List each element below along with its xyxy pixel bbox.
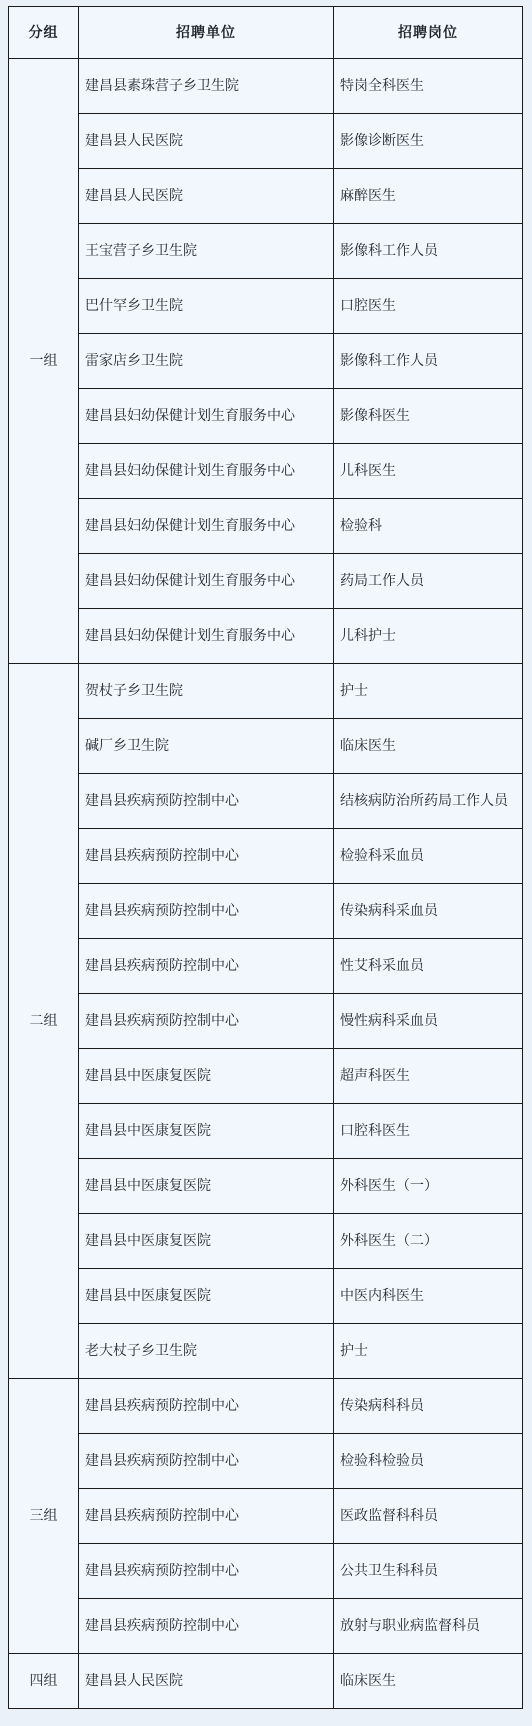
unit-cell: 贺杖子乡卫生院: [79, 664, 334, 719]
table-row: 建昌县妇幼保健计划生育服务中心影像科医生: [9, 389, 523, 444]
unit-cell: 建昌县中医康复医院: [79, 1159, 334, 1214]
position-cell: 药局工作人员: [334, 554, 523, 609]
position-cell: 性艾科采血员: [334, 939, 523, 994]
unit-cell: 建昌县疾病预防控制中心: [79, 994, 334, 1049]
position-cell: 结核病防治所药局工作人员: [334, 774, 523, 829]
table-row: 建昌县疾病预防控制中心放射与职业病监督科员: [9, 1599, 523, 1654]
unit-cell: 建昌县人民医院: [79, 114, 334, 169]
table-row: 巴什罕乡卫生院口腔医生: [9, 279, 523, 334]
table-row: 建昌县疾病预防控制中心医政监督科科员: [9, 1489, 523, 1544]
unit-cell: 巴什罕乡卫生院: [79, 279, 334, 334]
position-cell: 外科医生（二）: [334, 1214, 523, 1269]
position-cell: 传染病科科员: [334, 1379, 523, 1434]
position-cell: 临床医生: [334, 719, 523, 774]
table-row: 老大杖子乡卫生院护士: [9, 1324, 523, 1379]
unit-cell: 建昌县妇幼保健计划生育服务中心: [79, 609, 334, 664]
unit-cell: 建昌县中医康复医院: [79, 1269, 334, 1324]
table-row: 建昌县妇幼保健计划生育服务中心药局工作人员: [9, 554, 523, 609]
unit-cell: 建昌县中医康复医院: [79, 1214, 334, 1269]
unit-cell: 建昌县疾病预防控制中心: [79, 829, 334, 884]
unit-cell: 王宝营子乡卫生院: [79, 224, 334, 279]
position-cell: 超声科医生: [334, 1049, 523, 1104]
header-group: 分组: [9, 7, 79, 59]
position-cell: 放射与职业病监督科员: [334, 1599, 523, 1654]
table-row: 建昌县疾病预防控制中心慢性病科采血员: [9, 994, 523, 1049]
position-cell: 口腔科医生: [334, 1104, 523, 1159]
table-row: 建昌县妇幼保健计划生育服务中心儿科护士: [9, 609, 523, 664]
unit-cell: 碱厂乡卫生院: [79, 719, 334, 774]
header-row: 分组 招聘单位 招聘岗位: [9, 7, 523, 59]
position-cell: 检验科检验员: [334, 1434, 523, 1489]
group-label-2: 二组: [9, 664, 79, 1379]
table-row: 碱厂乡卫生院临床医生: [9, 719, 523, 774]
position-cell: 慢性病科采血员: [334, 994, 523, 1049]
table-row: 一组建昌县素珠营子乡卫生院特岗全科医生: [9, 59, 523, 114]
unit-cell: 建昌县妇幼保健计划生育服务中心: [79, 499, 334, 554]
table-row: 建昌县中医康复医院口腔科医生: [9, 1104, 523, 1159]
position-cell: 检验科采血员: [334, 829, 523, 884]
unit-cell: 建昌县妇幼保健计划生育服务中心: [79, 554, 334, 609]
unit-cell: 建昌县疾病预防控制中心: [79, 884, 334, 939]
unit-cell: 建昌县中医康复医院: [79, 1049, 334, 1104]
table-row: 建昌县疾病预防控制中心结核病防治所药局工作人员: [9, 774, 523, 829]
unit-cell: 建昌县疾病预防控制中心: [79, 774, 334, 829]
position-cell: 特岗全科医生: [334, 59, 523, 114]
table-row: 建昌县妇幼保健计划生育服务中心检验科: [9, 499, 523, 554]
unit-cell: 老大杖子乡卫生院: [79, 1324, 334, 1379]
position-cell: 影像诊断医生: [334, 114, 523, 169]
position-cell: 医政监督科科员: [334, 1489, 523, 1544]
header-unit: 招聘单位: [79, 7, 334, 59]
table-row: 建昌县中医康复医院外科医生（二）: [9, 1214, 523, 1269]
position-cell: 护士: [334, 1324, 523, 1379]
position-cell: 儿科护士: [334, 609, 523, 664]
table-row: 建昌县疾病预防控制中心性艾科采血员: [9, 939, 523, 994]
table-row: 二组贺杖子乡卫生院护士: [9, 664, 523, 719]
unit-cell: 建昌县人民医院: [79, 1654, 334, 1709]
group-label-1: 一组: [9, 59, 79, 664]
table-row: 建昌县人民医院麻醉医生: [9, 169, 523, 224]
table-row: 三组建昌县疾病预防控制中心传染病科科员: [9, 1379, 523, 1434]
unit-cell: 雷家店乡卫生院: [79, 334, 334, 389]
table-row: 雷家店乡卫生院影像科工作人员: [9, 334, 523, 389]
table-row: 四组建昌县人民医院临床医生: [9, 1654, 523, 1709]
unit-cell: 建昌县素珠营子乡卫生院: [79, 59, 334, 114]
table-row: 建昌县人民医院影像诊断医生: [9, 114, 523, 169]
table-row: 建昌县疾病预防控制中心公共卫生科科员: [9, 1544, 523, 1599]
group-label-4: 四组: [9, 1654, 79, 1709]
position-cell: 临床医生: [334, 1654, 523, 1709]
unit-cell: 建昌县疾病预防控制中心: [79, 1489, 334, 1544]
position-cell: 麻醉医生: [334, 169, 523, 224]
table-body: 一组建昌县素珠营子乡卫生院特岗全科医生建昌县人民医院影像诊断医生建昌县人民医院麻…: [9, 59, 523, 1709]
table-row: 建昌县疾病预防控制中心检验科检验员: [9, 1434, 523, 1489]
group-label-3: 三组: [9, 1379, 79, 1654]
table-row: 建昌县妇幼保健计划生育服务中心儿科医生: [9, 444, 523, 499]
position-cell: 公共卫生科科员: [334, 1544, 523, 1599]
position-cell: 外科医生（一）: [334, 1159, 523, 1214]
position-cell: 传染病科采血员: [334, 884, 523, 939]
unit-cell: 建昌县妇幼保健计划生育服务中心: [79, 389, 334, 444]
position-cell: 影像科工作人员: [334, 224, 523, 279]
unit-cell: 建昌县疾病预防控制中心: [79, 1434, 334, 1489]
position-cell: 影像科医生: [334, 389, 523, 444]
table-row: 建昌县中医康复医院中医内科医生: [9, 1269, 523, 1324]
position-cell: 中医内科医生: [334, 1269, 523, 1324]
position-cell: 儿科医生: [334, 444, 523, 499]
position-cell: 影像科工作人员: [334, 334, 523, 389]
unit-cell: 建昌县疾病预防控制中心: [79, 1379, 334, 1434]
table-row: 建昌县疾病预防控制中心检验科采血员: [9, 829, 523, 884]
position-cell: 检验科: [334, 499, 523, 554]
position-cell: 口腔医生: [334, 279, 523, 334]
table-row: 建昌县中医康复医院外科医生（一）: [9, 1159, 523, 1214]
unit-cell: 建昌县妇幼保健计划生育服务中心: [79, 444, 334, 499]
unit-cell: 建昌县中医康复医院: [79, 1104, 334, 1159]
table-row: 建昌县疾病预防控制中心传染病科采血员: [9, 884, 523, 939]
recruitment-table: 分组 招聘单位 招聘岗位 一组建昌县素珠营子乡卫生院特岗全科医生建昌县人民医院影…: [8, 6, 523, 1709]
table-row: 建昌县中医康复医院超声科医生: [9, 1049, 523, 1104]
unit-cell: 建昌县疾病预防控制中心: [79, 939, 334, 994]
position-cell: 护士: [334, 664, 523, 719]
header-position: 招聘岗位: [334, 7, 523, 59]
table-header: 分组 招聘单位 招聘岗位: [9, 7, 523, 59]
unit-cell: 建昌县疾病预防控制中心: [79, 1599, 334, 1654]
table-row: 王宝营子乡卫生院影像科工作人员: [9, 224, 523, 279]
unit-cell: 建昌县疾病预防控制中心: [79, 1544, 334, 1599]
page: 分组 招聘单位 招聘岗位 一组建昌县素珠营子乡卫生院特岗全科医生建昌县人民医院影…: [0, 0, 532, 1726]
unit-cell: 建昌县人民医院: [79, 169, 334, 224]
